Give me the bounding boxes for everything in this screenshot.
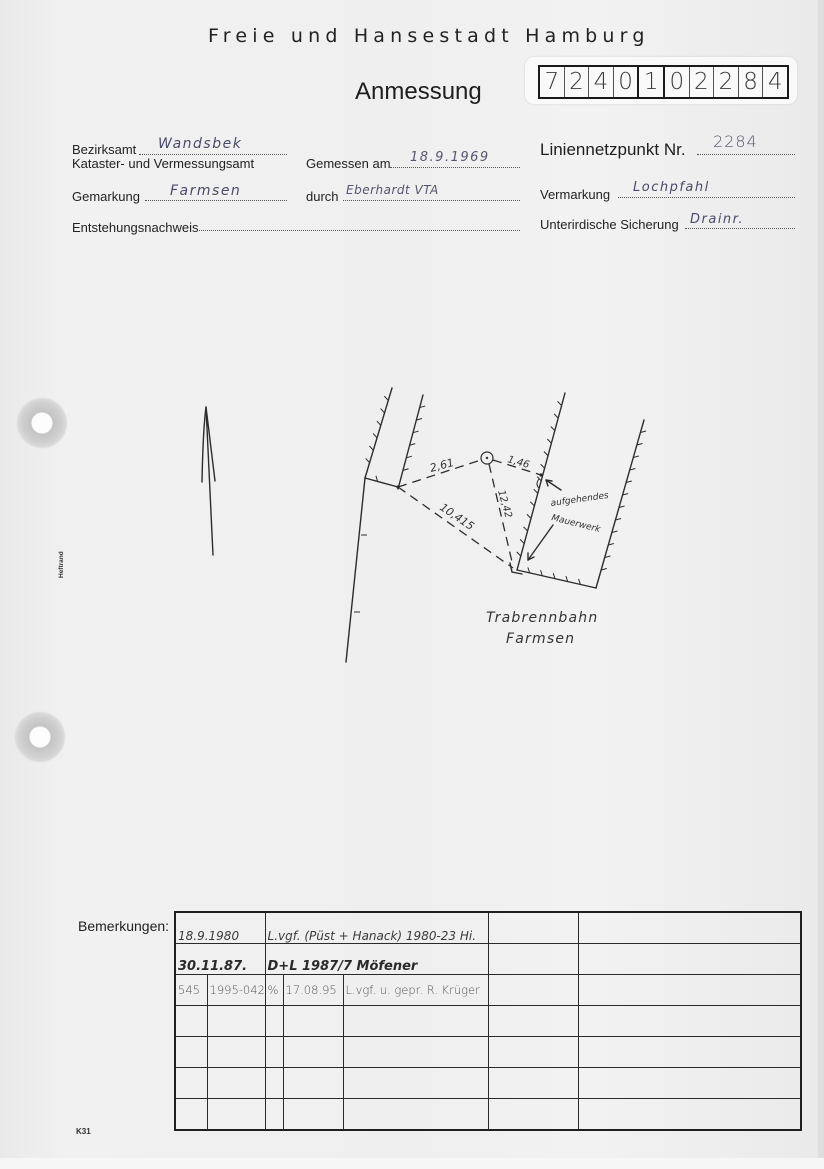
table-cell: L.vgf. u. gepr. R. Krüger <box>343 975 488 1006</box>
table-cell <box>488 944 578 975</box>
place-label: Trabrennbahn <box>486 610 598 626</box>
table-cell <box>175 1037 207 1068</box>
table-cell <box>207 1006 265 1037</box>
table-cell <box>578 975 801 1006</box>
table-cell <box>265 1068 283 1099</box>
table-cell <box>207 1068 265 1099</box>
table-cell <box>488 1099 578 1131</box>
table-cell <box>578 1037 801 1068</box>
table-cell: D+L 1987/7 Möfener <box>265 944 488 975</box>
table-cell: % <box>265 975 283 1006</box>
measurement-label: 10,415 <box>437 501 476 533</box>
table-row <box>175 1037 801 1068</box>
table-cell <box>578 944 801 975</box>
table-cell <box>343 1037 488 1068</box>
measurement-label: 12,42 <box>495 489 513 520</box>
measurement-label: 1,46 <box>506 454 530 471</box>
table-cell <box>283 1037 343 1068</box>
table-cell <box>207 1037 265 1068</box>
remarks-label: Bemerkungen: <box>78 918 169 934</box>
north-arrow-icon <box>202 407 215 555</box>
table-cell <box>283 1068 343 1099</box>
table-cell <box>578 1006 801 1037</box>
table-cell <box>578 1099 801 1131</box>
table-cell <box>265 1099 283 1131</box>
table-cell <box>578 912 801 944</box>
table-row: 5451995-042%17.08.95L.vgf. u. gepr. R. K… <box>175 975 801 1006</box>
table-cell: 1995-042 <box>207 975 265 1006</box>
place-label: Farmsen <box>506 631 575 647</box>
table-cell <box>283 1006 343 1037</box>
table-cell: L.vgf. (Püst + Hanack) 1980-23 Hi. <box>265 912 488 944</box>
table-cell <box>175 1099 207 1131</box>
table-row <box>175 1006 801 1037</box>
table-cell <box>265 1037 283 1068</box>
table-row: 18.9.1980L.vgf. (Püst + Hanack) 1980-23 … <box>175 912 801 944</box>
table-cell <box>343 1006 488 1037</box>
table-row <box>175 1068 801 1099</box>
left-building-outline <box>346 388 423 662</box>
table-cell <box>488 1006 578 1037</box>
table-cell <box>207 1099 265 1131</box>
measurement-lines <box>398 460 541 568</box>
table-cell <box>578 1068 801 1099</box>
remarks-table: 18.9.1980L.vgf. (Püst + Hanack) 1980-23 … <box>174 911 802 1131</box>
table-row <box>175 1099 801 1131</box>
annotation-text: Mauerwerk <box>550 513 602 535</box>
table-row: 30.11.87.D+L 1987/7 Möfener <box>175 944 801 975</box>
table-cell <box>488 1068 578 1099</box>
table-cell <box>488 912 578 944</box>
table-cell <box>175 1068 207 1099</box>
annotation-text: aufgehendes <box>550 491 610 509</box>
table-cell <box>175 1006 207 1037</box>
table-cell <box>343 1068 488 1099</box>
table-cell: 18.9.1980 <box>175 912 265 944</box>
table-cell <box>488 1037 578 1068</box>
table-cell <box>265 1006 283 1037</box>
table-cell <box>343 1099 488 1131</box>
table-cell: 17.08.95 <box>283 975 343 1006</box>
table-cell: 30.11.87. <box>175 944 265 975</box>
table-cell <box>488 975 578 1006</box>
table-cell: 545 <box>175 975 207 1006</box>
measurement-label: 2,61 <box>428 456 455 475</box>
table-cell <box>283 1099 343 1131</box>
